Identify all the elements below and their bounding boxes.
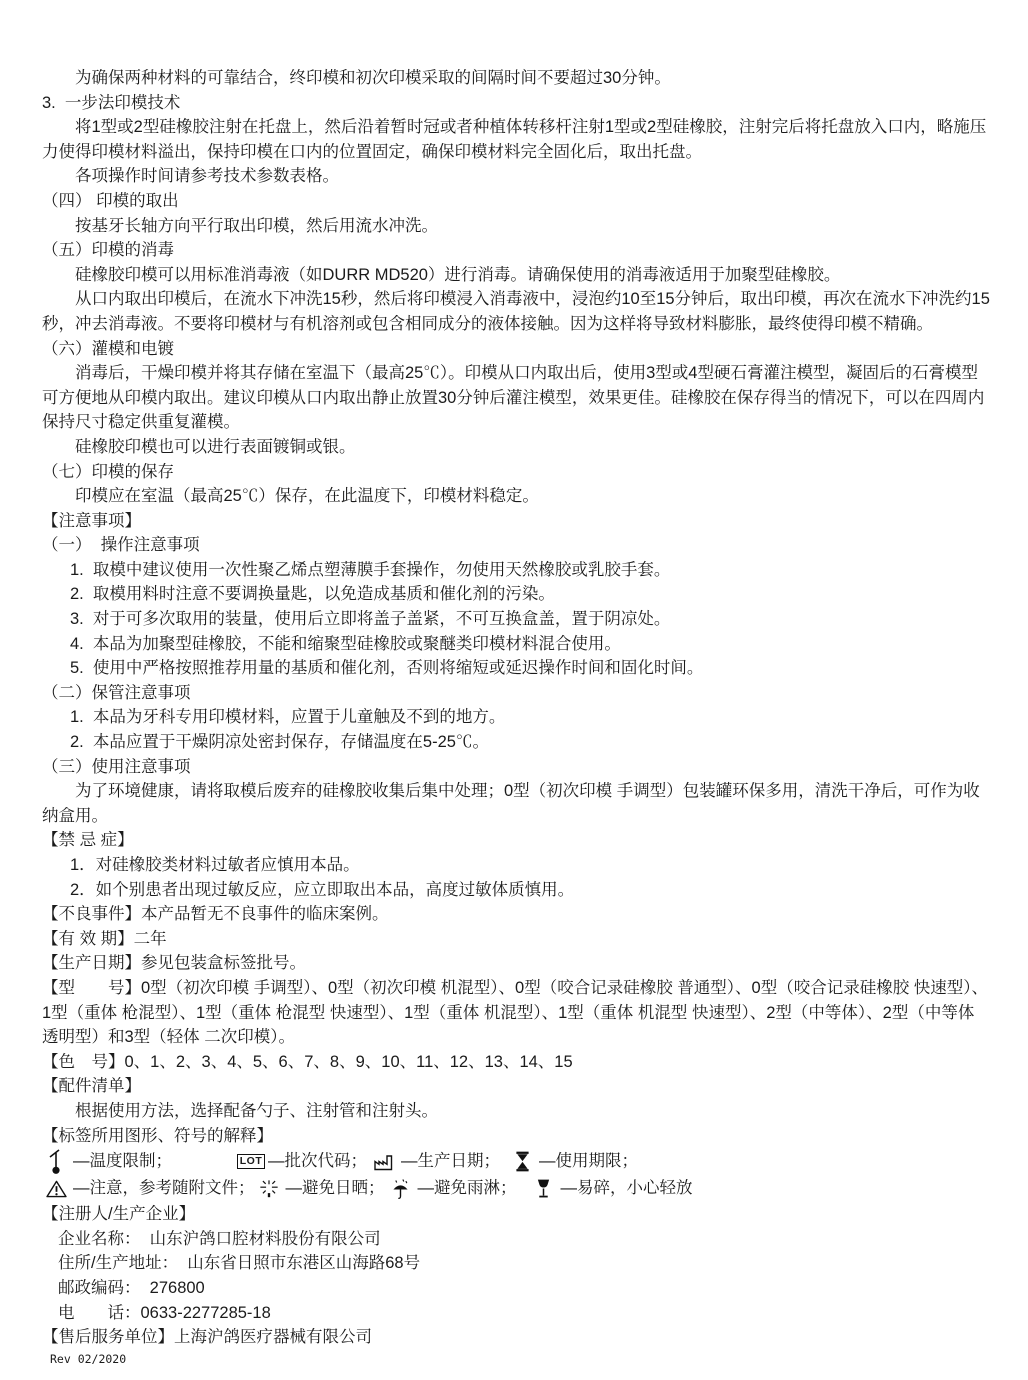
operation-precaution-item-5: 5. 使用中严格按照推荐用量的基质和催化剂，否则将缩短或延迟操作时间和固化时间。 xyxy=(42,656,990,681)
company-address-line: 住所/生产地址： 山东省日照市东港区山海路68号 xyxy=(42,1251,990,1276)
operation-precaution-item-2: 2. 取模用料时注意不要调换量匙，以免造成基质和催化剂的污染。 xyxy=(42,582,990,607)
heading-section-6-casting-plating: （六）灌模和电镀 xyxy=(42,337,990,362)
symbol-batch-code: LOT —批次代码； xyxy=(237,1149,370,1174)
heading-precautions: 【注意事项】 xyxy=(42,509,990,534)
symbol-temperature-limit: —温度限制； xyxy=(42,1149,237,1175)
storage-precaution-item-1: 1. 本品为牙科专用印模材料，应置于儿童触及不到的地方。 xyxy=(42,705,990,730)
symbol-keep-away-from-sunlight: —避免日晒； xyxy=(255,1176,387,1201)
heading-registrant-manufacturer: 【注册人/生产企业】 xyxy=(42,1202,990,1227)
heading-storage-precautions: （二）保管注意事项 xyxy=(42,681,990,706)
hourglass-icon xyxy=(508,1151,536,1172)
body-casting-2: 硅橡胶印模也可以进行表面镀铜或银。 xyxy=(42,435,990,460)
symbol-label: —避免日晒； xyxy=(286,1176,385,1201)
body-storage: 印模应在室温（最高25℃）保存，在此温度下，印模材料稳定。 xyxy=(42,484,990,509)
storage-precaution-item-2: 2. 本品应置于干燥阴凉处密封保存，存储温度在5-25℃。 xyxy=(42,730,990,755)
body-disinfection-2: 从口内取出印模后，在流水下冲洗15秒，然后将印模浸入消毒液中，浸泡约10至15分… xyxy=(42,287,990,336)
heading-symbols-explanation: 【标签所用图形、符号的解释】 xyxy=(42,1124,990,1149)
body-disinfection-1: 硅橡胶印模可以用标准消毒液（如DURR MD520）进行消毒。请确保使用的消毒液… xyxy=(42,263,990,288)
umbrella-icon xyxy=(387,1178,415,1199)
phone-line: 电 话：0633-2277285-18 xyxy=(42,1301,990,1326)
symbol-label: —避免雨淋； xyxy=(418,1176,517,1201)
symbols-row-1: —温度限制； LOT —批次代码； —生产日期； —使 xyxy=(42,1148,990,1175)
heading-section-5-disinfection: （五）印模的消毒 xyxy=(42,238,990,263)
lot-box-text: LOT xyxy=(237,1154,266,1169)
heading-color-numbers: 【色 号】0、1、2、3、4、5、6、7、8、9、10、11、12、13、14、… xyxy=(42,1050,990,1075)
revision-label: Rev 02/2020 xyxy=(42,1351,990,1367)
symbol-label: —使用期限； xyxy=(539,1149,638,1174)
symbol-caution: —注意，参考随附文件； xyxy=(42,1176,255,1201)
heading-usage-precautions: （三）使用注意事项 xyxy=(42,755,990,780)
symbol-label: —注意，参考随附文件； xyxy=(73,1176,255,1201)
document-page: 为确保两种材料的可靠结合，终印模和初次印模采取的间隔时间不要超过30分钟。 3.… xyxy=(0,0,1028,1380)
heading-production-date: 【生产日期】参见包装盒标签批号。 xyxy=(42,951,990,976)
heading-operation-precautions: （一） 操作注意事项 xyxy=(42,533,990,558)
sun-icon xyxy=(255,1179,283,1199)
contraindication-item-1: 1．对硅橡胶类材料过敏者应慎用本品。 xyxy=(42,853,990,878)
wine-glass-icon xyxy=(530,1178,558,1199)
temperature-limit-icon xyxy=(42,1149,70,1175)
operation-precaution-item-1: 1. 取模中建议使用一次性聚乙烯点塑薄膜手套操作，勿使用天然橡胶或乳胶手套。 xyxy=(42,558,990,583)
symbol-date-of-manufacture: —生产日期； xyxy=(370,1149,508,1174)
heading-model-types: 【型 号】0型（初次印模 手调型）、0型（初次印模 机混型）、0型（咬合记录硅橡… xyxy=(42,976,990,1050)
note-material-bonding: 为确保两种材料的可靠结合，终印模和初次印模采取的间隔时间不要超过30分钟。 xyxy=(42,66,990,91)
heading-section-7-storage: （七）印模的保存 xyxy=(42,460,990,485)
body-impression-removal: 按基牙长轴方向平行取出印模，然后用流水冲洗。 xyxy=(42,214,990,239)
heading-contraindications: 【禁 忌 症】 xyxy=(42,828,990,853)
heading-one-step-technique: 3. 一步法印模技术 xyxy=(42,91,990,116)
body-one-step-technique: 将1型或2型硅橡胶注射在托盘上，然后沿着暂时冠或者种植体转移杆注射1型或2型硅橡… xyxy=(42,115,990,164)
heading-adverse-events: 【不良事件】本产品暂无不良事件的临床案例。 xyxy=(42,902,990,927)
heading-section-4-impression-removal: （四） 印模的取出 xyxy=(42,189,990,214)
postal-code-line: 邮政编码： 276800 xyxy=(42,1276,990,1301)
body-accessories: 根据使用方法，选择配备勺子、注射管和注射头。 xyxy=(42,1099,990,1124)
heading-shelf-life: 【有 效 期】二年 xyxy=(42,927,990,952)
symbol-label: —批次代码； xyxy=(268,1149,367,1174)
symbol-keep-away-from-rain: —避免雨淋； xyxy=(387,1176,530,1201)
symbol-use-by-date: —使用期限； xyxy=(508,1149,638,1174)
body-casting-1: 消毒后，干燥印模并将其存储在室温下（最高25℃）。印模从口内取出后，使用3型或4… xyxy=(42,361,990,435)
symbol-fragile: —易碎，小心轻放 xyxy=(530,1176,693,1201)
operation-precaution-item-4: 4. 本品为加聚型硅橡胶，不能和缩聚型硅橡胶或聚醚类印模材料混合使用。 xyxy=(42,632,990,657)
body-usage-precautions: 为了环境健康，请将取模后废弃的硅橡胶收集后集中处理；0型（初次印模 手调型）包装… xyxy=(42,779,990,828)
company-name-line: 企业名称： 山东沪鸽口腔材料股份有限公司 xyxy=(42,1227,990,1252)
body-refer-parameters-table: 各项操作时间请参考技术参数表格。 xyxy=(42,164,990,189)
symbols-row-2: —注意，参考随附文件； —避免日晒； xyxy=(42,1175,990,1202)
symbol-label: —生产日期； xyxy=(401,1149,500,1174)
symbol-label: —易碎，小心轻放 xyxy=(561,1176,693,1201)
lot-icon: LOT xyxy=(237,1154,265,1169)
heading-accessories-list: 【配件清单】 xyxy=(42,1074,990,1099)
contraindication-item-2: 2．如个别患者出现过敏反应，应立即取出本品，高度过敏体质慎用。 xyxy=(42,878,990,903)
symbol-label: —温度限制； xyxy=(73,1149,172,1174)
heading-after-sales-service: 【售后服务单位】上海沪鸽医疗器械有限公司 xyxy=(42,1325,990,1350)
warning-triangle-icon xyxy=(42,1180,70,1198)
operation-precaution-item-3: 3. 对于可多次取用的装量，使用后立即将盖子盖紧，不可互换盒盖，置于阴凉处。 xyxy=(42,607,990,632)
factory-icon xyxy=(370,1153,398,1171)
